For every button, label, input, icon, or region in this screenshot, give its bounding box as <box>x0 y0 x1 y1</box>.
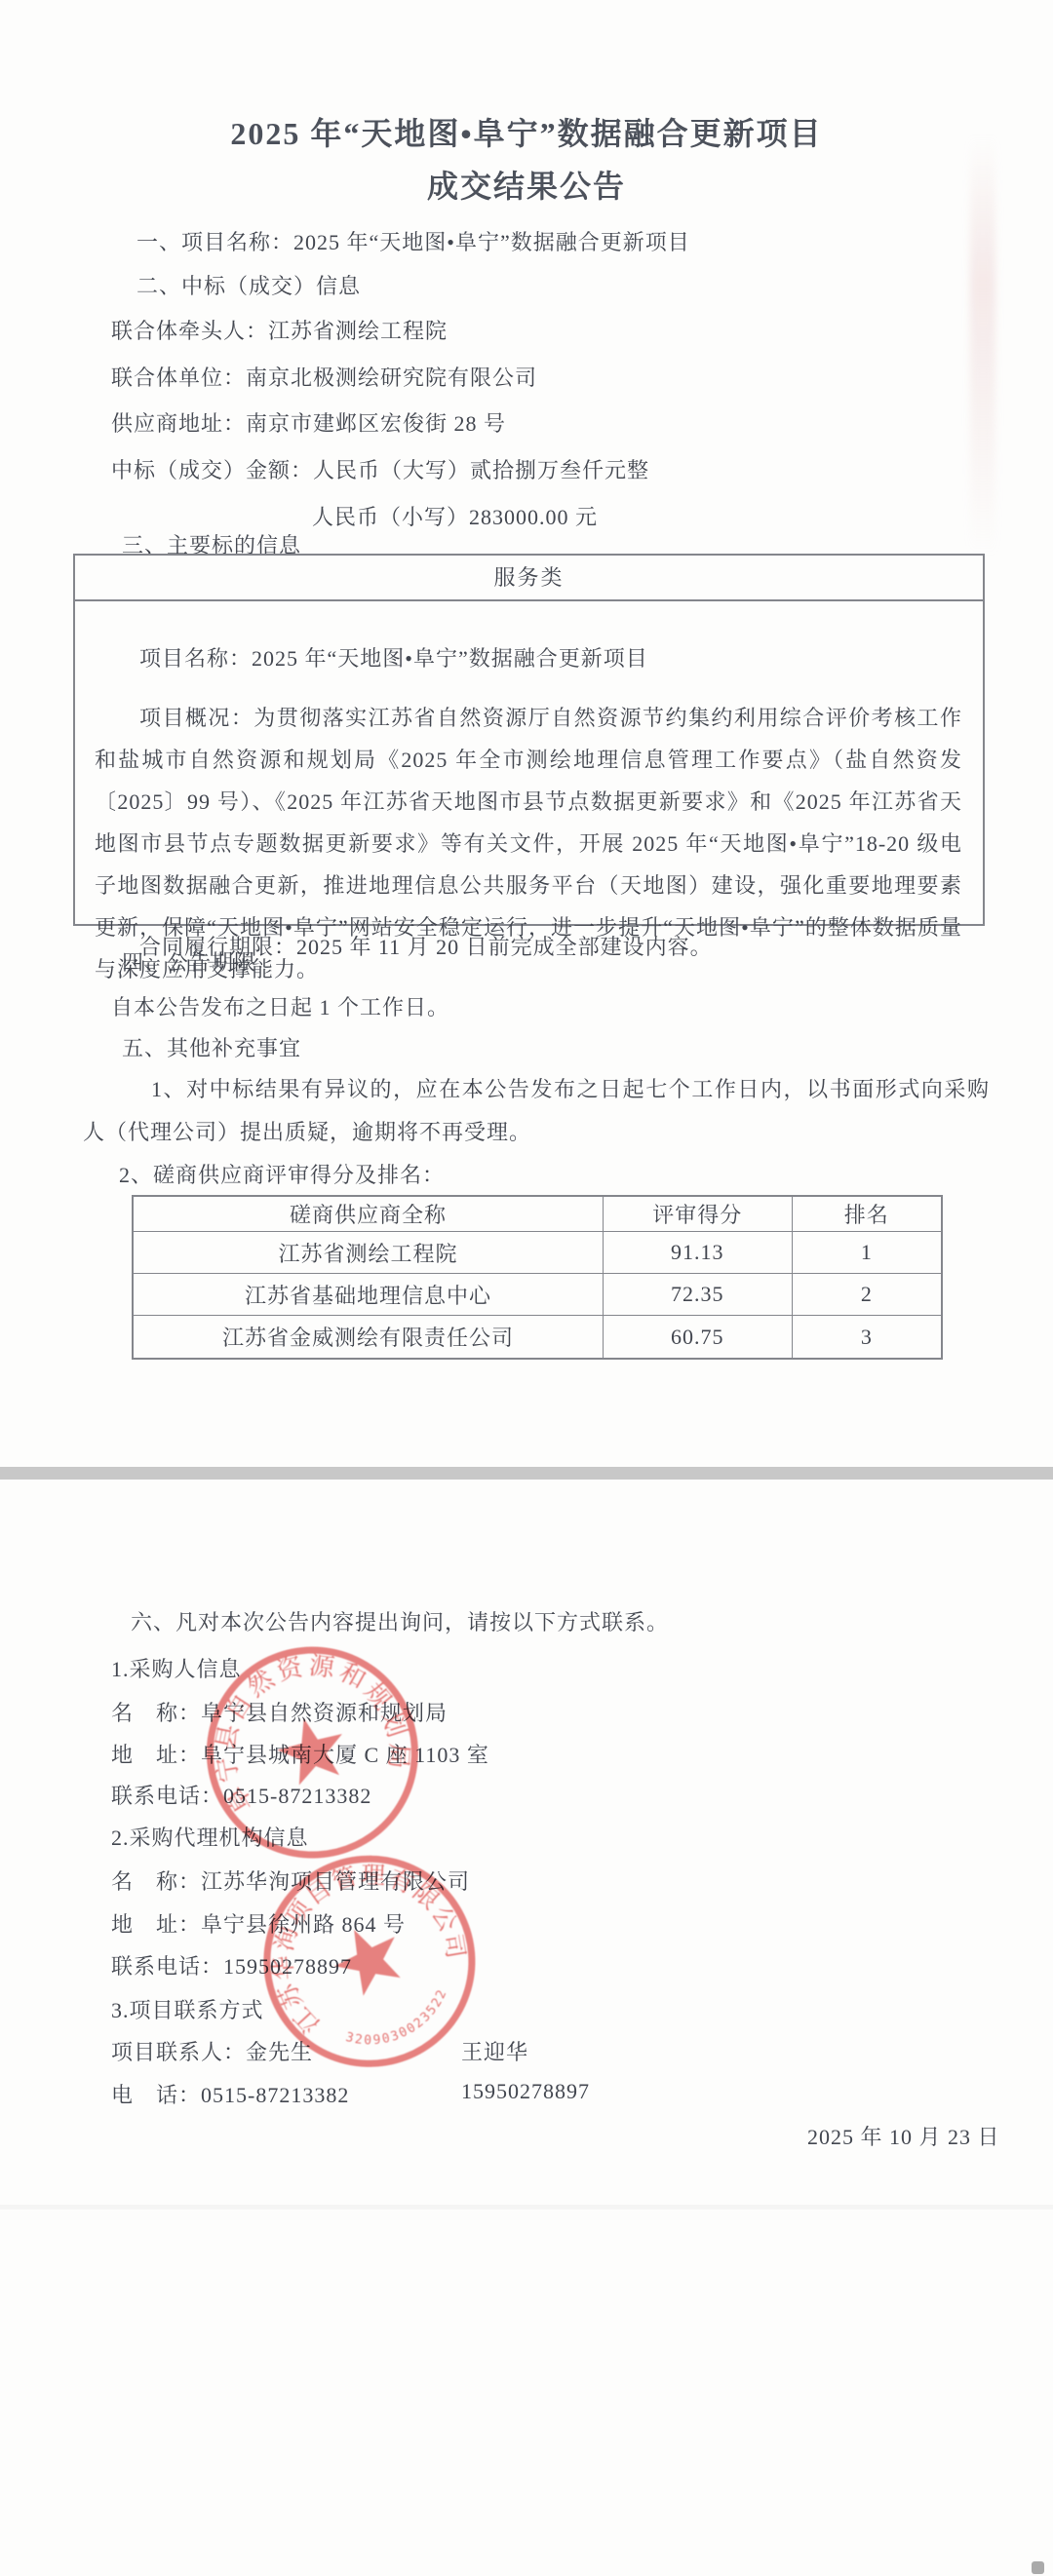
section-5-heading: 五、其他补充事宜 <box>122 1032 301 1062</box>
scan-artifact-line <box>0 2205 1053 2210</box>
table-row-supplier-name: 江苏省测绘工程院 <box>134 1232 604 1274</box>
page-1: 2025 年“天地图•阜宁”数据融合更新项目 成交结果公告 一、项目名称：202… <box>0 0 1053 1467</box>
table-row-supplier-name: 江苏省金威测绘有限责任公司 <box>134 1316 604 1358</box>
scanned-announcement-document: { "page1": { "title_line1": "2025 年“天地图•… <box>0 0 1053 2576</box>
table-row-score: 91.13 <box>604 1232 793 1274</box>
seal-number-text: 3209030023522 <box>339 1982 461 2065</box>
document-title-line1: 2025 年“天地图•阜宁”数据融合更新项目 <box>0 109 1053 154</box>
award-amount-words: 中标（成交）金额：人民币（大写）贰拾捌万叁仟元整 <box>111 454 649 484</box>
score-col-header-rank: 排名 <box>793 1197 941 1232</box>
objection-notice-paragraph: 1、对中标结果有异议的，应在本公告发布之日起七个工作日内，以书面形式向采购人（代… <box>83 1068 990 1154</box>
table-row-rank: 1 <box>793 1232 941 1274</box>
scan-artifact-streak <box>970 136 995 556</box>
table-row-rank: 2 <box>793 1274 941 1316</box>
page-2: 六、凡对本次公告内容提出询问，请按以下方式联系。 1.采购人信息 名 称：阜宁县… <box>0 1480 1053 2576</box>
section-4-heading: 四、公告期限 <box>122 946 256 977</box>
supplier-address: 供应商地址：南京市建邺区宏俊街 28 号 <box>111 407 506 438</box>
seal-star-icon <box>324 1915 411 2001</box>
section-1-project-name: 一、项目名称：2025 年“天地图•阜宁”数据融合更新项目 <box>136 226 690 256</box>
table-row-rank: 3 <box>793 1316 941 1358</box>
consortium-member: 联合体单位：南京北极测绘研究院有限公司 <box>111 362 537 392</box>
consortium-leader: 联合体牵头人：江苏省测绘工程院 <box>111 315 448 345</box>
document-title-line2: 成交结果公告 <box>0 162 1053 207</box>
supplier-score-table: 磋商供应商全称 评审得分 排名 江苏省测绘工程院 91.13 1 江苏省基础地理… <box>132 1195 943 1360</box>
project-contact-phone-2: 15950278897 <box>461 2079 590 2104</box>
service-class-header: 服务类 <box>75 556 983 601</box>
score-col-header-score: 评审得分 <box>604 1197 793 1232</box>
section-4-body: 自本公告发布之日起 1 个工作日。 <box>111 991 449 1021</box>
table-row-score: 72.35 <box>604 1274 793 1316</box>
project-contact-heading: 3.项目联系方式 <box>111 1994 264 2024</box>
table-row-score: 60.75 <box>604 1316 793 1358</box>
section-2-heading: 二、中标（成交）信息 <box>136 270 361 300</box>
table-project-name: 项目名称：2025 年“天地图•阜宁”数据融合更新项目 <box>139 642 648 673</box>
score-col-header-name: 磋商供应商全称 <box>134 1197 604 1232</box>
announcement-date: 2025 年 10 月 23 日 <box>807 2121 1000 2151</box>
score-ranking-intro: 2、磋商供应商评审得分及排名： <box>119 1159 445 1189</box>
section-6-heading: 六、凡对本次公告内容提出询问，请按以下方式联系。 <box>131 1606 669 1636</box>
scan-artifact-blob <box>1032 2561 1044 2574</box>
svg-text:3209030023522: 3209030023522 <box>339 1982 461 2065</box>
seal-star-icon <box>272 1711 352 1788</box>
service-class-table: 服务类 项目名称：2025 年“天地图•阜宁”数据融合更新项目 项目概况：为贯彻… <box>73 554 985 926</box>
award-amount-digits: 人民币（小写）283000.00 元 <box>312 501 598 531</box>
table-row-supplier-name: 江苏省基础地理信息中心 <box>134 1274 604 1316</box>
